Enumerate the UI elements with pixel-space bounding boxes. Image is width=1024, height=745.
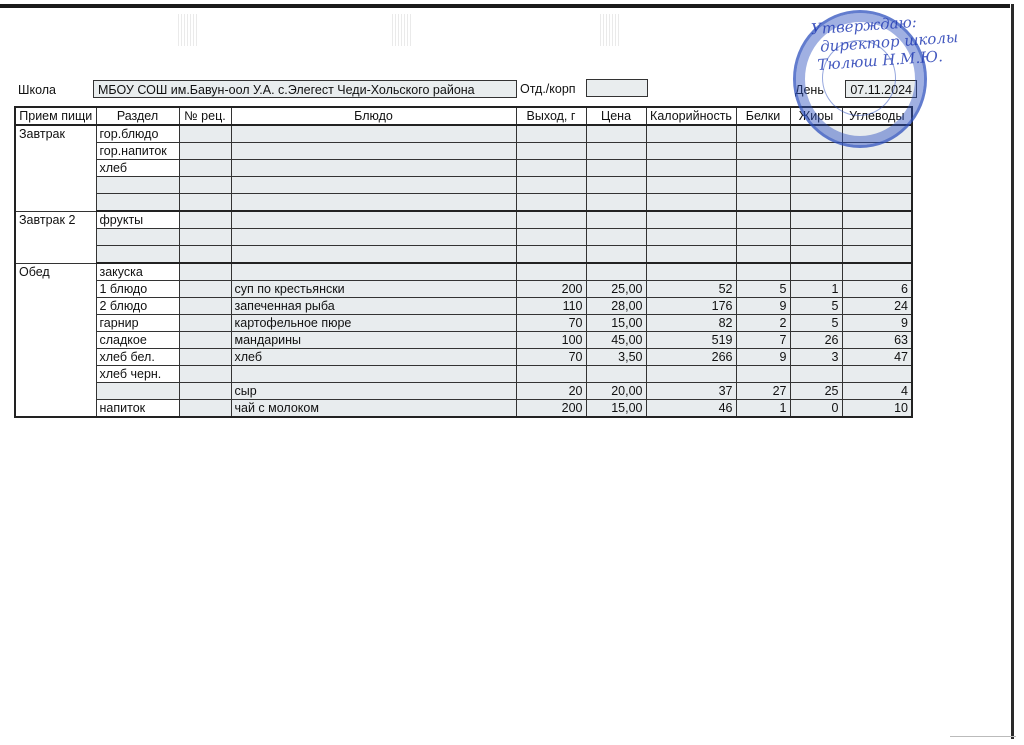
kcal-cell: 519 xyxy=(646,332,736,349)
column-header: Углеводы xyxy=(842,107,912,125)
carbs-cell: 24 xyxy=(842,298,912,315)
recipe-cell xyxy=(179,229,231,246)
table-row: 2 блюдозапеченная рыба11028,001769524 xyxy=(15,298,912,315)
yield-cell xyxy=(516,263,586,281)
table-row: напитокчай с молоком20015,00461010 xyxy=(15,400,912,418)
fat-cell xyxy=(790,246,842,264)
protein-cell xyxy=(736,229,790,246)
table-row xyxy=(15,177,912,194)
section-cell: хлеб черн. xyxy=(96,366,179,383)
section-cell xyxy=(96,177,179,194)
section-cell: 2 блюдо xyxy=(96,298,179,315)
fat-cell: 5 xyxy=(790,298,842,315)
scan-top-edge xyxy=(0,4,1010,8)
column-header: Выход, г xyxy=(516,107,586,125)
carbs-cell xyxy=(842,160,912,177)
carbs-cell xyxy=(842,177,912,194)
fat-cell: 25 xyxy=(790,383,842,400)
dish-cell xyxy=(231,366,516,383)
table-row: Завтракгор.блюдо xyxy=(15,125,912,143)
section-cell: 1 блюдо xyxy=(96,281,179,298)
price-cell xyxy=(586,143,646,160)
yield-cell: 70 xyxy=(516,349,586,366)
price-cell xyxy=(586,160,646,177)
yield-cell xyxy=(516,211,586,229)
day-field: 07.11.2024 xyxy=(845,80,917,98)
scan-artifact xyxy=(178,14,198,46)
fat-cell: 0 xyxy=(790,400,842,418)
scan-artifact xyxy=(392,14,412,46)
protein-cell: 7 xyxy=(736,332,790,349)
fat-cell: 1 xyxy=(790,281,842,298)
dish-cell xyxy=(231,246,516,264)
recipe-cell xyxy=(179,366,231,383)
protein-cell xyxy=(736,246,790,264)
official-stamp-inner-ring xyxy=(822,40,896,116)
dish-cell xyxy=(231,263,516,281)
signature-line: Тюлюш Н.М.Ю. xyxy=(813,44,994,75)
table-row xyxy=(15,229,912,246)
recipe-cell xyxy=(179,160,231,177)
day-label: День xyxy=(795,82,824,98)
signature-line: директор школы xyxy=(812,26,993,57)
table-row xyxy=(15,246,912,264)
section-cell: фрукты xyxy=(96,211,179,229)
section-cell: хлеб xyxy=(96,160,179,177)
signature-line: Утверждаю: xyxy=(810,8,991,39)
recipe-cell xyxy=(179,315,231,332)
price-cell: 25,00 xyxy=(586,281,646,298)
dish-cell xyxy=(231,229,516,246)
kcal-cell xyxy=(646,125,736,143)
carbs-cell: 4 xyxy=(842,383,912,400)
section-cell xyxy=(96,246,179,264)
yield-cell xyxy=(516,366,586,383)
dept-field xyxy=(586,79,648,97)
approval-signature: Утверждаю: директор школы Тюлюш Н.М.Ю. xyxy=(810,8,993,74)
section-cell xyxy=(96,229,179,246)
dish-cell: сыр xyxy=(231,383,516,400)
yield-cell: 70 xyxy=(516,315,586,332)
section-cell: напиток xyxy=(96,400,179,418)
protein-cell xyxy=(736,143,790,160)
table-row: гор.напиток xyxy=(15,143,912,160)
fat-cell xyxy=(790,177,842,194)
fat-cell xyxy=(790,211,842,229)
price-cell: 15,00 xyxy=(586,400,646,418)
carbs-cell xyxy=(842,194,912,212)
table-row: Обедзакуска xyxy=(15,263,912,281)
yield-cell xyxy=(516,194,586,212)
dish-cell: запеченная рыба xyxy=(231,298,516,315)
dish-cell xyxy=(231,177,516,194)
table-row: хлеб бел.хлеб703,502669347 xyxy=(15,349,912,366)
dish-cell xyxy=(231,143,516,160)
yield-cell xyxy=(516,143,586,160)
price-cell: 15,00 xyxy=(586,315,646,332)
dish-cell xyxy=(231,194,516,212)
table-row: Завтрак 2фрукты xyxy=(15,211,912,229)
column-header: Жиры xyxy=(790,107,842,125)
price-cell xyxy=(586,246,646,264)
recipe-cell xyxy=(179,349,231,366)
dish-cell: мандарины xyxy=(231,332,516,349)
price-cell xyxy=(586,177,646,194)
column-header: № рец. xyxy=(179,107,231,125)
kcal-cell xyxy=(646,177,736,194)
carbs-cell: 9 xyxy=(842,315,912,332)
section-cell: гарнир xyxy=(96,315,179,332)
dept-label: Отд./корп xyxy=(520,81,576,97)
fat-cell: 3 xyxy=(790,349,842,366)
protein-cell xyxy=(736,177,790,194)
table-row: сыр2020,003727254 xyxy=(15,383,912,400)
protein-cell: 27 xyxy=(736,383,790,400)
column-header: Калорийность xyxy=(646,107,736,125)
carbs-cell xyxy=(842,125,912,143)
price-cell xyxy=(586,125,646,143)
yield-cell xyxy=(516,160,586,177)
price-cell xyxy=(586,229,646,246)
column-header: Белки xyxy=(736,107,790,125)
dish-cell: хлеб xyxy=(231,349,516,366)
meal-cell: Обед xyxy=(15,263,96,417)
recipe-cell xyxy=(179,332,231,349)
price-cell xyxy=(586,194,646,212)
carbs-cell: 63 xyxy=(842,332,912,349)
protein-cell xyxy=(736,263,790,281)
fat-cell xyxy=(790,229,842,246)
kcal-cell: 266 xyxy=(646,349,736,366)
meal-cell: Завтрак xyxy=(15,125,96,211)
recipe-cell xyxy=(179,143,231,160)
kcal-cell xyxy=(646,194,736,212)
kcal-cell xyxy=(646,211,736,229)
kcal-cell xyxy=(646,160,736,177)
column-header: Блюдо xyxy=(231,107,516,125)
fat-cell: 26 xyxy=(790,332,842,349)
section-cell: сладкое xyxy=(96,332,179,349)
recipe-cell xyxy=(179,281,231,298)
price-cell xyxy=(586,366,646,383)
fat-cell: 5 xyxy=(790,315,842,332)
kcal-cell xyxy=(646,246,736,264)
column-header: Раздел xyxy=(96,107,179,125)
fat-cell xyxy=(790,263,842,281)
recipe-cell xyxy=(179,263,231,281)
fat-cell xyxy=(790,194,842,212)
meal-cell: Завтрак 2 xyxy=(15,211,96,263)
protein-cell xyxy=(736,160,790,177)
table-header-row: Прием пищиРаздел№ рец.БлюдоВыход, гЦенаК… xyxy=(15,107,912,125)
kcal-cell xyxy=(646,263,736,281)
price-cell xyxy=(586,211,646,229)
scan-bottom-mark xyxy=(950,736,1016,737)
section-cell: хлеб бел. xyxy=(96,349,179,366)
protein-cell: 5 xyxy=(736,281,790,298)
kcal-cell: 52 xyxy=(646,281,736,298)
price-cell: 3,50 xyxy=(586,349,646,366)
yield-cell: 200 xyxy=(516,400,586,418)
protein-cell: 9 xyxy=(736,349,790,366)
carbs-cell xyxy=(842,263,912,281)
section-cell xyxy=(96,383,179,400)
yield-cell xyxy=(516,177,586,194)
section-cell: гор.напиток xyxy=(96,143,179,160)
kcal-cell: 37 xyxy=(646,383,736,400)
kcal-cell xyxy=(646,366,736,383)
recipe-cell xyxy=(179,298,231,315)
dish-cell: суп по крестьянски xyxy=(231,281,516,298)
column-header: Прием пищи xyxy=(15,107,96,125)
column-header: Цена xyxy=(586,107,646,125)
carbs-cell xyxy=(842,246,912,264)
dish-cell xyxy=(231,160,516,177)
carbs-cell xyxy=(842,143,912,160)
carbs-cell: 6 xyxy=(842,281,912,298)
fat-cell xyxy=(790,366,842,383)
recipe-cell xyxy=(179,177,231,194)
kcal-cell: 82 xyxy=(646,315,736,332)
carbs-cell xyxy=(842,229,912,246)
table-row: 1 блюдосуп по крестьянски20025,0052516 xyxy=(15,281,912,298)
dish-cell xyxy=(231,211,516,229)
dish-cell: картофельное пюре xyxy=(231,315,516,332)
yield-cell xyxy=(516,229,586,246)
kcal-cell xyxy=(646,143,736,160)
yield-cell: 20 xyxy=(516,383,586,400)
dish-cell: чай с молоком xyxy=(231,400,516,418)
yield-cell xyxy=(516,246,586,264)
price-cell: 28,00 xyxy=(586,298,646,315)
fat-cell xyxy=(790,125,842,143)
recipe-cell xyxy=(179,383,231,400)
recipe-cell xyxy=(179,400,231,418)
carbs-cell: 47 xyxy=(842,349,912,366)
recipe-cell xyxy=(179,125,231,143)
carbs-cell xyxy=(842,366,912,383)
scan-right-edge xyxy=(1011,4,1014,739)
scan-artifact xyxy=(600,14,620,46)
kcal-cell: 176 xyxy=(646,298,736,315)
protein-cell xyxy=(736,211,790,229)
dish-cell xyxy=(231,125,516,143)
section-cell xyxy=(96,194,179,212)
school-label: Школа xyxy=(18,82,56,98)
table-row xyxy=(15,194,912,212)
carbs-cell: 10 xyxy=(842,400,912,418)
recipe-cell xyxy=(179,211,231,229)
protein-cell xyxy=(736,194,790,212)
menu-table: Прием пищиРаздел№ рец.БлюдоВыход, гЦенаК… xyxy=(14,106,913,418)
school-name-field: МБОУ СОШ им.Бавун-оол У.А. с.Элегест Чед… xyxy=(93,80,517,98)
protein-cell xyxy=(736,125,790,143)
section-cell: закуска xyxy=(96,263,179,281)
kcal-cell xyxy=(646,229,736,246)
protein-cell: 2 xyxy=(736,315,790,332)
yield-cell: 110 xyxy=(516,298,586,315)
kcal-cell: 46 xyxy=(646,400,736,418)
recipe-cell xyxy=(179,246,231,264)
table-row: хлеб черн. xyxy=(15,366,912,383)
fat-cell xyxy=(790,160,842,177)
protein-cell xyxy=(736,366,790,383)
table-row: сладкоемандарины10045,0051972663 xyxy=(15,332,912,349)
table-row: гарниркартофельное пюре7015,0082259 xyxy=(15,315,912,332)
table-row: хлеб xyxy=(15,160,912,177)
price-cell xyxy=(586,263,646,281)
protein-cell: 9 xyxy=(736,298,790,315)
protein-cell: 1 xyxy=(736,400,790,418)
yield-cell: 100 xyxy=(516,332,586,349)
fat-cell xyxy=(790,143,842,160)
section-cell: гор.блюдо xyxy=(96,125,179,143)
recipe-cell xyxy=(179,194,231,212)
yield-cell xyxy=(516,125,586,143)
yield-cell: 200 xyxy=(516,281,586,298)
carbs-cell xyxy=(842,211,912,229)
price-cell: 20,00 xyxy=(586,383,646,400)
price-cell: 45,00 xyxy=(586,332,646,349)
